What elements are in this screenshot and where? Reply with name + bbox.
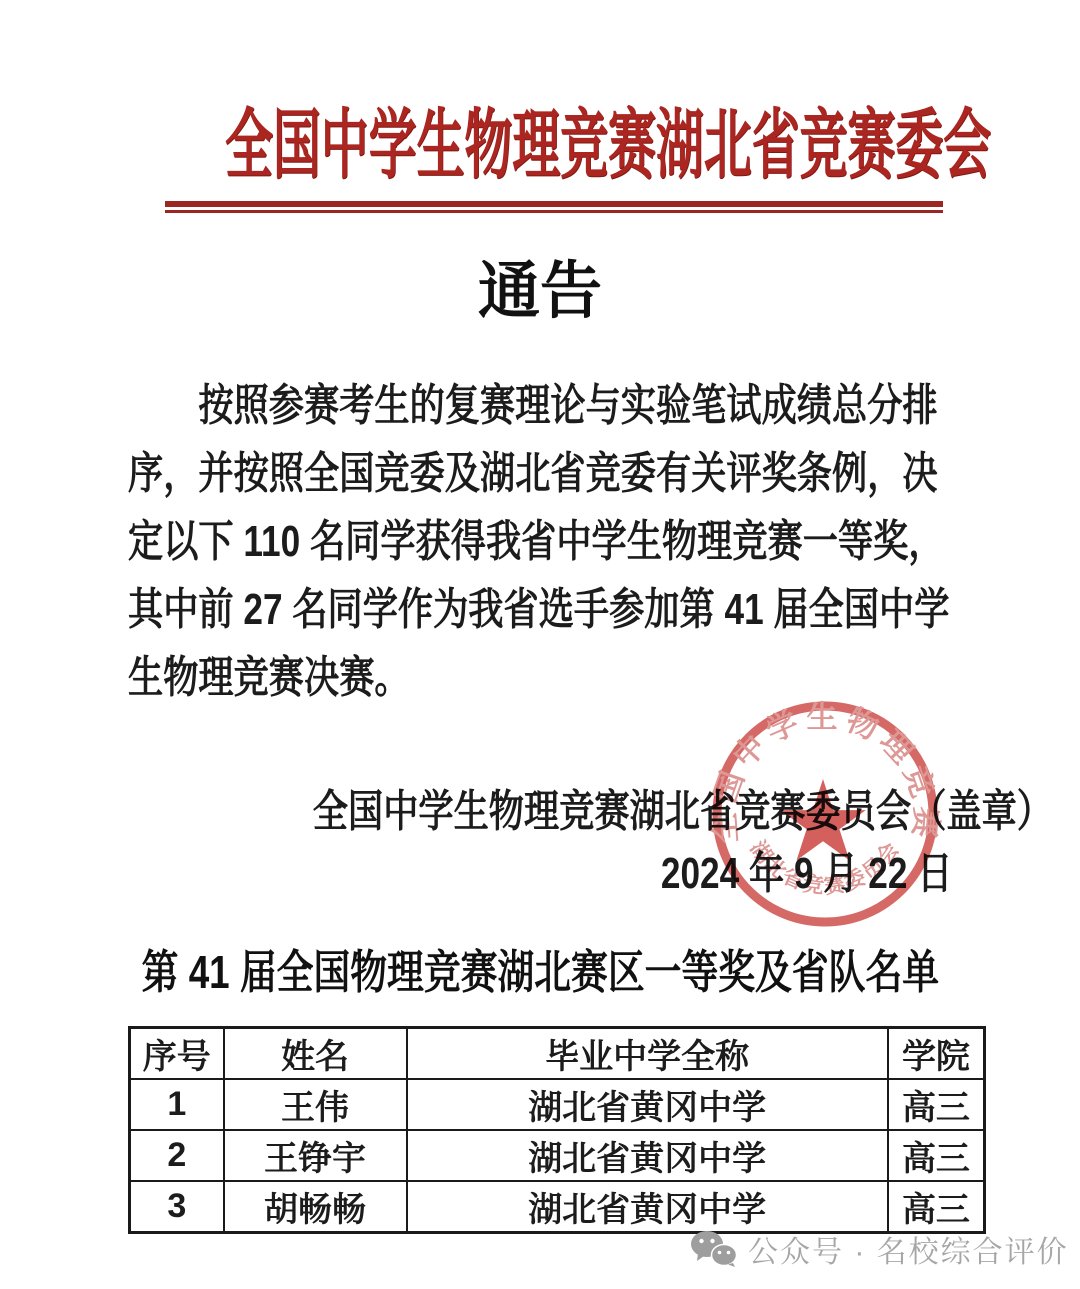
cell-index: 2 — [130, 1130, 224, 1181]
header-cell-school: 毕业中学全称 — [407, 1028, 888, 1080]
wechat-icon — [690, 1230, 738, 1268]
masthead: 全国中学生物理竞赛湖北省竞赛委会 — [0, 100, 1080, 200]
table-row: 2 王铮宇 湖北省黄冈中学 高三 — [130, 1130, 985, 1181]
body-line: 定以下 110 名同学获得我省中学生物理竞赛一等奖， — [128, 508, 792, 576]
signature-org-line: 全国中学生物理竞赛湖北省竞赛委员会（盖章） — [128, 786, 964, 838]
divider-line-thin — [165, 210, 943, 213]
masthead-title: 全国中学生物理竞赛湖北省竞赛委会 — [225, 100, 991, 192]
body-line: 按照参赛考生的复赛理论与实验笔试成绩总分排 — [128, 372, 792, 440]
footer-watermark: 公众号 · 名校综合评价 — [690, 1226, 1070, 1272]
divider-line-thick — [165, 201, 943, 207]
roster-title-text: 第 41 届全国物理竞赛湖北赛区一等奖及省队名单 — [141, 942, 938, 1002]
signature-org-text: 全国中学生物理竞赛湖北省竞赛委员会（盖章） — [313, 786, 1052, 838]
table-row: 3 胡畅畅 湖北省黄冈中学 高三 — [130, 1181, 985, 1233]
cell-grade: 高三 — [888, 1181, 985, 1233]
roster-table: 序号 姓名 毕业中学全称 学院 1 王伟 湖北省黄冈中学 高三 2 王铮宇 湖北… — [128, 1026, 986, 1234]
body-line: 生物理竞赛决赛。 — [128, 644, 792, 712]
notice-document: 全国中学生物理竞赛湖北省竞赛委会 通告 按照参赛考生的复赛理论与实验笔试成绩总分… — [0, 0, 1080, 1289]
cell-grade: 高三 — [888, 1130, 985, 1181]
roster-title: 第 41 届全国物理竞赛湖北赛区一等奖及省队名单 — [0, 942, 1080, 1002]
header-cell-grade: 学院 — [888, 1028, 985, 1080]
header-cell-index: 序号 — [130, 1028, 224, 1080]
cell-school: 湖北省黄冈中学 — [407, 1079, 888, 1130]
cell-school: 湖北省黄冈中学 — [407, 1130, 888, 1181]
watermark-text: 公众号 · 名校综合评价 — [748, 1227, 1069, 1271]
cell-school: 湖北省黄冈中学 — [407, 1181, 888, 1233]
signature-date-text: 2024 年 9 月 22 日 — [660, 848, 952, 900]
body-line: 序，并按照全国竞委及湖北省竞委有关评奖条例，决 — [128, 440, 792, 508]
notice-body: 按照参赛考生的复赛理论与实验笔试成绩总分排 序，并按照全国竞委及湖北省竞委有关评… — [128, 372, 958, 712]
cell-grade: 高三 — [888, 1079, 985, 1130]
cell-index: 3 — [130, 1181, 224, 1233]
body-line: 其中前 27 名同学作为我省选手参加第 41 届全国中学 — [128, 576, 792, 644]
page-title: 通告 — [0, 256, 1080, 328]
header-cell-name: 姓名 — [224, 1028, 407, 1080]
masthead-divider — [165, 201, 943, 213]
cell-name: 王铮宇 — [224, 1130, 407, 1181]
cell-name: 胡畅畅 — [224, 1181, 407, 1233]
cell-name: 王伟 — [224, 1079, 407, 1130]
cell-index: 1 — [130, 1079, 224, 1130]
signature-date-line: 2024 年 9 月 22 日 — [128, 848, 982, 900]
table-row: 1 王伟 湖北省黄冈中学 高三 — [130, 1079, 985, 1130]
table-header-row: 序号 姓名 毕业中学全称 学院 — [130, 1028, 985, 1080]
